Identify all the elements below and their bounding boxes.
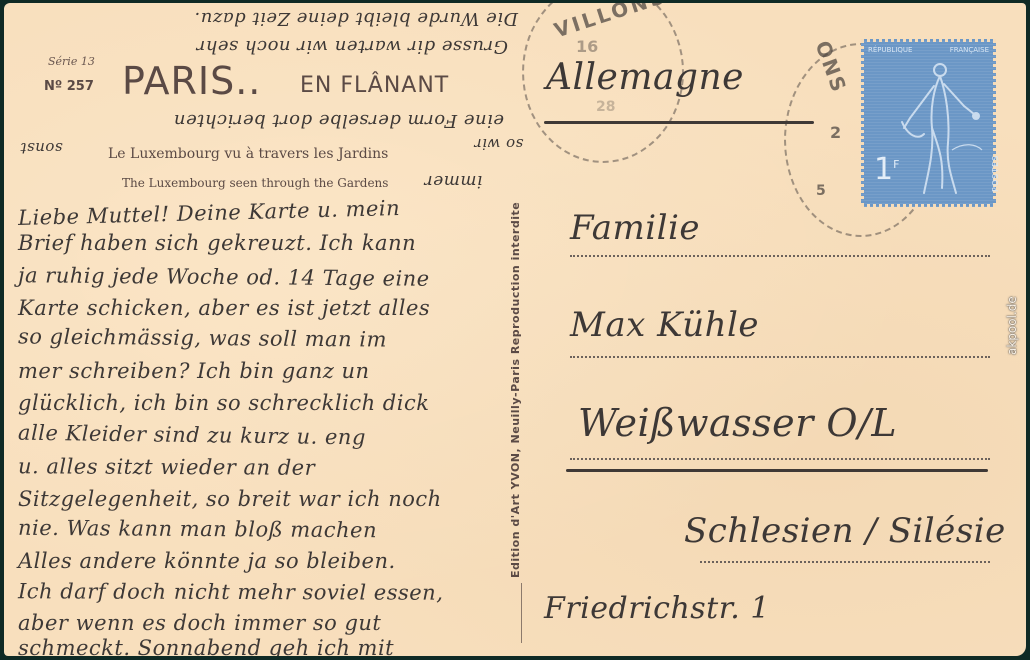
- address-country-note: Allemagne: [546, 57, 744, 98]
- address-line-4: Schlesien / Silésie: [684, 511, 1006, 551]
- title-main: PARIS..: [122, 59, 261, 103]
- address-dotted-line-4: [700, 561, 990, 563]
- caption-english: The Luxembourg seen through the Gardens: [122, 176, 388, 190]
- publisher-imprint: Edition d'Art YVON, Neuilly-Paris Reprod…: [509, 202, 522, 578]
- message-line: Sitzgelegenheit, so breit war ich noch: [18, 487, 442, 511]
- stamp-value: 1F: [874, 152, 899, 187]
- message-line: so gleichmässig, was soll man im: [18, 324, 387, 351]
- address-dotted-line-1: [570, 255, 990, 257]
- message-top-line: Grusse dir warten wir noch sehr: [196, 36, 508, 57]
- title-sub: EN FLÂNANT: [300, 73, 449, 98]
- message-line: nie. Was kann man bloß machen: [18, 516, 377, 543]
- message-top-line: Die Wurde bleibt deine Zeit dazu.: [194, 8, 518, 29]
- message-line: glücklich, ich bin so schrecklich dick: [18, 391, 429, 415]
- message-top-line: sonst: [20, 139, 63, 157]
- postage-stamp: RÉPUBLIQUE FRANÇAISE 1F POSTES: [861, 39, 996, 207]
- stamp-header: RÉPUBLIQUE FRANÇAISE: [868, 46, 989, 54]
- postmark-right-date: 2: [830, 123, 841, 142]
- address-line-3: Weißwasser O/L: [578, 401, 897, 445]
- message-line: Brief haben sich gekreuzt. Ich kann: [18, 231, 416, 255]
- card-number: Nº 257: [44, 79, 94, 94]
- stamp-postes-label: POSTES: [991, 155, 1000, 192]
- message-top-line: eine Form derselbe dort berichten: [173, 110, 504, 131]
- stamp-republique: RÉPUBLIQUE: [868, 46, 912, 54]
- address-line-1: Familie: [570, 208, 700, 248]
- address-dotted-line-2: [570, 356, 990, 358]
- caption-french: Le Luxembourg vu à travers les Jardins: [108, 146, 388, 162]
- postmark-left-year: 28: [596, 99, 615, 115]
- address-dotted-line-3: [570, 458, 990, 460]
- postmark-left-date: 16: [576, 37, 598, 56]
- message-line: schmeckt. Sonnabend geh ich mit: [18, 636, 394, 656]
- message-line: Karte schicken, aber es ist jetzt alles: [18, 296, 430, 320]
- semeuse-sower-icon: [894, 58, 984, 198]
- divider-line: [521, 583, 522, 643]
- message-line: Liebe Muttel! Deine Karte u. mein: [18, 196, 401, 230]
- message-line: mer schreiben? Ich bin ganz un: [18, 359, 370, 383]
- stamp-francaise: FRANÇAISE: [950, 46, 989, 54]
- country-underline: [544, 121, 814, 124]
- watermark: akpool.de: [1005, 296, 1019, 355]
- message-line: Alles andere könnte ja so bleiben.: [18, 549, 396, 573]
- message-line: alle Kleider sind zu kurz u. eng: [18, 421, 366, 450]
- serie-label: Série 13: [48, 55, 95, 68]
- message-line: aber wenn es doch immer so gut: [18, 611, 381, 635]
- address-line-2: Max Kühle: [570, 305, 759, 345]
- message-top-line: so wir: [474, 135, 523, 153]
- message-top-line: immer: [424, 171, 482, 191]
- address-line-5: Friedrichstr. 1: [544, 591, 770, 626]
- postcard: VILLONS 16 28 ONS 2 5 Série 13 Nº 257 PA…: [4, 3, 1026, 656]
- message-line: ja ruhig jede Woche od. 14 Tage eine: [18, 263, 430, 291]
- message-line: u. alles sitzt wieder an der: [18, 454, 315, 480]
- postmark-right-bottom: 5: [816, 183, 826, 199]
- message-line: Ich darf doch nicht mehr soviel essen,: [18, 579, 443, 604]
- town-underline: [566, 469, 988, 472]
